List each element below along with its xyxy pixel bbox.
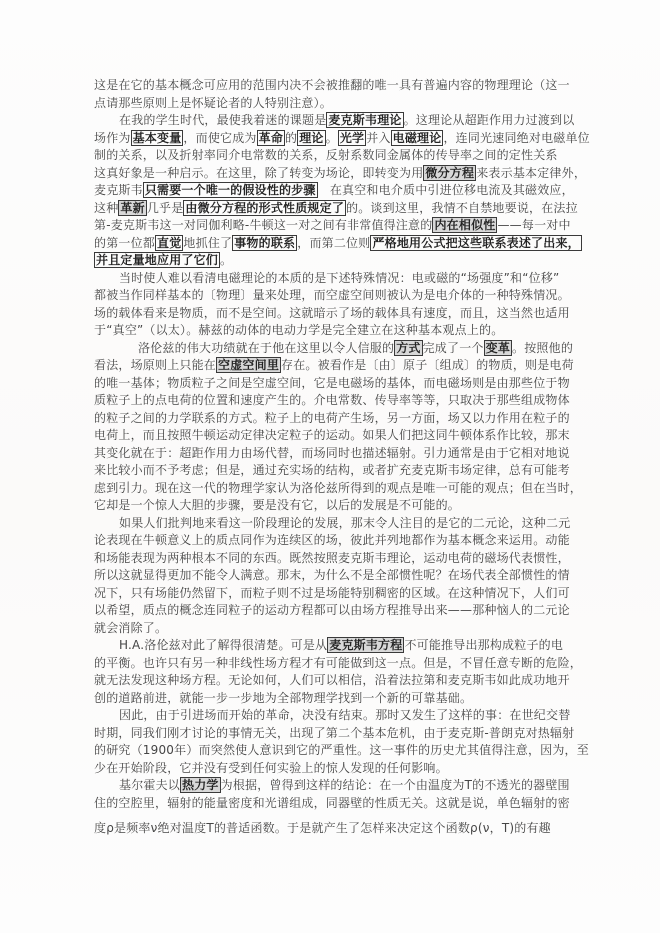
boxed-annotation: 方式 (394, 340, 422, 356)
text-line: 和场能表现为两种根本不同的东西。既然按照麦克斯韦理论，运动电荷的磁场代表惯性， (94, 550, 580, 568)
boxed-annotation: 事物的联系 (232, 235, 297, 251)
text-segment: 点请那些原则上是怀疑论者的人特别注意）。 (94, 96, 332, 110)
text-line: 麦克斯韦只需要一个唯一的假设性的步骤 在真空和电介质中引进位移电流及其磁效应， (94, 182, 580, 200)
text-line: 况下，只有场能仍然留下，而粒子则不过是场能特别稠密的区域。在这种情况下，人们可 (94, 585, 580, 603)
boxed-annotation: 光学 (338, 130, 366, 146)
text-segment: 创的道路前进，就能一步一步地为全部物理学找到一个新的可靠基础。 (94, 691, 472, 705)
text-line: 制的关系，以及折射率同介电常数的关系，反射系数同金属体的传导率之间的定性关系 (94, 147, 580, 165)
text-segment: 就会消除了。 (94, 621, 167, 635)
text-line: 它却是一个惊人大胆的步骤，要是没有它，以后的发展是不可能的。 (94, 497, 580, 515)
text-line: 因此，由于引进场而开始的革命，决没有结束。那时又发生了这样的事：在世纪交替 (94, 707, 580, 725)
text-line: 论表现在牛顿意义上的质点同作为连续区的场，彼此并列地都作为基本概念来运用。动能 (94, 532, 580, 550)
text-segment: 都被当作同样基本的〔物理〕量来处理，而空虚空间则被认为是电介体的一种特殊情况。 (94, 288, 570, 302)
text-segment: 质粒子上的点电荷的位置和速度产生的。介电常数、传导率等等，只取决于那些组成物体 (94, 393, 570, 407)
text-segment: 制的关系，以及折射率同介电常数的关系，反射系数同金属体的传导率之间的定性关系 (94, 148, 558, 162)
text-segment: 所以这就显得更加不能令人满意。那末，为什么不是全部惯性呢？在场代表全部惯性的情 (94, 568, 570, 582)
text-line: 场的载体看来是物质，而不是空间。这就暗示了场的载体具有速度，而且，这当然也适用 (94, 305, 580, 323)
text-line: 并且定量地应用了它们。 (94, 252, 580, 270)
text-line: 都被当作同样基本的〔物理〕量来处理，而空虚空间则被认为是电介体的一种特殊情况。 (94, 287, 580, 305)
text-segment: 。 (326, 131, 338, 145)
text-segment: 况下，只有场能仍然留下，而粒子则不过是场能特别稠密的区域。在这种情况下，人们可 (94, 586, 570, 600)
text-segment: 不可能推导出那构成粒子的电 (404, 638, 563, 652)
text-line: 这是在它的基本概念可应用的范围内决不会被推翻的唯一具有普遍内容的物理理论（这一 (94, 77, 580, 95)
text-line: 创的道路前进，就能一步一步地为全部物理学找到一个新的可靠基础。 (94, 690, 580, 708)
text-segment: 和场能表现为两种根本不同的东西。既然按照麦克斯韦理论，运动电荷的磁场代表惯性， (94, 551, 570, 565)
text-segment: 。这理论从超距作用力过渡到以 (404, 113, 575, 127)
text-line: 的第一位都直觉地抓住了事物的联系，而第二位则严格地用公式把这些联系表述了出来， (94, 235, 580, 253)
boxed-annotation: 热力学 (180, 777, 221, 793)
text-segment: 场的载体看来是物质，而不是空间。这就暗示了场的载体具有速度，而且，这当然也适用 (94, 306, 570, 320)
text-segment: 这是在它的基本概念可应用的范围内决不会被推翻的唯一具有普遍内容的物理理论（这一 (94, 78, 570, 92)
text-segment: 的平衡。也许只有另一种非线性场方程才有可能做到这一点。但是，不冒任意专断的危险， (94, 656, 582, 670)
text-line: 的唯一基体；物质粒子之间是空虚空间，它是电磁场的基体，而电磁场则是由那些位于物 (94, 375, 580, 393)
text-line: 以希望，质点的概念连同粒子的运动方程都可以由场方程推导出来——那种恼人的二元论 (94, 602, 580, 620)
text-segment: 存在。被看作是〔由〕原子〔组成〕的物质，则是电荷 (281, 358, 574, 372)
text-segment: 第-麦克斯韦这一对同伽利略-牛顿这一对之间有非常值得注意的 (94, 218, 432, 232)
boxed-annotation: 电磁理论 (391, 130, 444, 146)
text-segment: 的第一位都 (94, 236, 155, 250)
text-line: 的平衡。也许只有另一种非线性场方程才有可能做到这一点。但是，不冒任意专断的危险， (94, 655, 580, 673)
text-line: 场作为基本变量，而使它成为革命的理论。光学并入电磁理论，连同光速同绝对电磁单位 (94, 130, 580, 148)
boxed-annotation: 由微分方程的形式性质规定了 (183, 200, 346, 216)
text-segment: 它却是一个惊人大胆的步骤，要是没有它，以后的发展是不可能的。 (94, 498, 460, 512)
text-segment: 并入 (366, 131, 390, 145)
boxed-annotation: 只需要一个唯一的假设性的步骤 (143, 182, 318, 198)
text-line: 这真好象是一种启示。在这里，除了转变为场论，即转变为用微分方程来表示基本定律外， (94, 165, 580, 183)
text-segment: 。 (220, 253, 232, 267)
text-segment: 完成了一个 (423, 341, 484, 355)
boxed-annotation: 麦克斯韦理论 (326, 112, 403, 128)
text-segment: 的 (285, 131, 297, 145)
text-segment: 度ρ是频率ν绝对温度T的普适函数。于是就产生了怎样来决定这个函数ρ(ν，T)的有… (94, 821, 551, 835)
text-line: 来比较小而不予考虑；但是，通过充实场的结构，或者扩充麦克斯韦场定律，总有可能考 (94, 462, 580, 480)
text-segment: 虑到引力。现在这一代的物理学家认为洛伦兹所得到的观点是唯一可能的观点；但在当时， (94, 481, 582, 495)
text-segment: 就无法发现这种场方程。无论如何，人们可以相信，沿着法拉第和麦克斯韦如此成功地开 (94, 673, 570, 687)
scanned-page: 这是在它的基本概念可应用的范围内决不会被推翻的唯一具有普遍内容的物理理论（这一点… (0, 0, 660, 933)
boxed-annotation: 革命 (257, 130, 285, 146)
text-line: 少在开始阶段，它并没有受到任何实验上的惊人发现的任何影响。 (94, 760, 580, 778)
text-segment: 的粒子之间的力学联系的方式。粒子上的电荷产生场，另一方面，场又以力作用在粒子的 (94, 411, 570, 425)
text-segment: 这真好象是一种启示。在这里，除了转变为场论，即转变为用 (94, 166, 423, 180)
text-segment: ，而第二位则 (297, 236, 370, 250)
boxed-annotation: 革新 (118, 200, 146, 216)
text-segment: H.A.洛伦兹对此了解得很清楚。可是从 (119, 638, 327, 652)
text-segment: 时期，同我们刚才讨论的事情无关，出现了第二个基本危机，由于麦克斯-普朗克对热辐射 (94, 726, 574, 740)
text-segment: 来比较小而不予考虑；但是，通过充实场的结构，或者扩充麦克斯韦场定律，总有可能考 (94, 463, 570, 477)
text-line: 洛伦兹的伟大功绩就在于他在这里以令人信服的方式完成了一个变革。按照他的 (94, 340, 580, 358)
text-segment: 几乎是 (147, 201, 184, 215)
text-segment: 洛伦兹的伟大功绩就在于他在这里以令人信服的 (138, 341, 394, 355)
text-line: 的粒子之间的力学联系的方式。粒子上的电荷产生场，另一方面，场又以力作用在粒子的 (94, 410, 580, 428)
text-line: 第-麦克斯韦这一对同伽利略-牛顿这一对之间有非常值得注意的内在相似性——每一对中 (94, 217, 580, 235)
text-segment: 当时使人难以看清电磁理论的本质的是下述特殊情况：电或磁的“场强度”和“位移” (119, 271, 559, 285)
text-segment: 的唯一基体；物质粒子之间是空虚空间，它是电磁场的基体，而电磁场则是由那些位于物 (94, 376, 570, 390)
text-segment: 电荷上，而且按照牛顿运动定律决定粒子的运动。如果人们把这同牛顿体系作比较，那末 (94, 428, 570, 442)
boxed-annotation: 基本变量 (131, 130, 184, 146)
text-line: 这种革新几乎是由微分方程的形式性质规定了的。谈到这里，我情不自禁地要说，在法拉 (94, 200, 580, 218)
boxed-annotation: 理论 (297, 130, 325, 146)
text-segment: ——每一对中 (497, 218, 570, 232)
text-line: 的研究（1900年）而突然使人意识到它的严重性。这一事件的历史尤其值得注意，因为… (94, 742, 580, 760)
text-line: 看法，场原则上只能在空虚空间里存在。被看作是〔由〕原子〔组成〕的物质，则是电荷 (94, 357, 580, 375)
text-line: 度ρ是频率ν绝对温度T的普适函数。于是就产生了怎样来决定这个函数ρ(ν，T)的有… (94, 820, 580, 838)
text-segment: 麦克斯韦 (94, 183, 143, 197)
text-line: 点请那些原则上是怀疑论者的人特别注意）。 (94, 95, 580, 113)
text-line: 其变化就在于：超距作用力由场代替，而场同时也描述辐射。引力通常是由于它相对地说 (94, 445, 580, 463)
text-segment: 看法，场原则上只能在 (94, 358, 216, 372)
text-segment: ，而使它成为 (183, 131, 256, 145)
text-line: 住的空腔里，辐射的能量密度和光谱组成，同器壁的性质无关。这就是说，单色辐射的密 (94, 795, 580, 813)
boxed-annotation: 内在相似性 (432, 217, 497, 233)
text-line: 如果人们批判地来看这一阶段理论的发展，那末令人注目的是它的二元论，这种二元 (94, 515, 580, 533)
text-line: 所以这就显得更加不能令人满意。那末，为什么不是全部惯性呢？在场代表全部惯性的情 (94, 567, 580, 585)
boxed-annotation: 微分方程 (423, 165, 476, 181)
text-segment: 于“真空”（以太）。赫兹的动体的电动力学是完全建立在这种基本观点上的。 (94, 323, 503, 337)
boxed-annotation: 麦克斯韦方程 (327, 637, 404, 653)
boxed-annotation: 直觉 (155, 235, 183, 251)
text-segment: 的。谈到这里，我情不自禁地要说，在法拉 (346, 201, 578, 215)
text-segment: 论表现在牛顿意义上的质点同作为连续区的场，彼此并列地都作为基本概念来运用。动能 (94, 533, 570, 547)
text-segment: 以希望，质点的概念连同粒子的运动方程都可以由场方程推导出来——那种恼人的二元论 (94, 603, 570, 617)
text-segment: 地抓住了 (183, 236, 232, 250)
text-line: 质粒子上的点电荷的位置和速度产生的。介电常数、传导率等等，只取决于那些组成物体 (94, 392, 580, 410)
text-segment: 。按照他的 (512, 341, 573, 355)
document-text: 这是在它的基本概念可应用的范围内决不会被推翻的唯一具有普遍内容的物理理论（这一点… (94, 77, 580, 838)
boxed-annotation: 严格地用公式把这些联系表述了出来， (370, 235, 581, 251)
text-segment: 在我的学生时代，最使我着迷的课题是 (119, 113, 326, 127)
text-segment: 因此，由于引进场而开始的革命，决没有结束。那时又发生了这样的事：在世纪交替 (119, 708, 570, 722)
text-segment: 少在开始阶段，它并没有受到任何实验上的惊人发现的任何影响。 (94, 761, 448, 775)
text-segment: 场作为 (94, 131, 131, 145)
boxed-annotation: 变革 (484, 340, 512, 356)
text-line: 电荷上，而且按照牛顿运动定律决定粒子的运动。如果人们把这同牛顿体系作比较，那末 (94, 427, 580, 445)
boxed-annotation: 空虚空间里 (216, 357, 281, 373)
text-line: 就无法发现这种场方程。无论如何，人们可以相信，沿着法拉第和麦克斯韦如此成功地开 (94, 672, 580, 690)
text-segment: 住的空腔里，辐射的能量密度和光谱组成，同器壁的性质无关。这就是说，单色辐射的密 (94, 796, 570, 810)
text-segment: 这种 (94, 201, 118, 215)
text-segment: 其变化就在于：超距作用力由场代替，而场同时也描述辐射。引力通常是由于它相对地说 (94, 446, 570, 460)
text-line: 在我的学生时代，最使我着迷的课题是麦克斯韦理论。这理论从超距作用力过渡到以 (94, 112, 580, 130)
text-line: 基尔霍夫以热力学为根据，曾得到这样的结论：在一个由温度为T的不透光的器壁围 (94, 777, 580, 795)
text-line: 于“真空”（以太）。赫兹的动体的电动力学是完全建立在这种基本观点上的。 (94, 322, 580, 340)
text-segment: 来表示基本定律外， (476, 166, 586, 180)
text-line: 时期，同我们刚才讨论的事情无关，出现了第二个基本危机，由于麦克斯-普朗克对热辐射 (94, 725, 580, 743)
text-segment: 如果人们批判地来看这一阶段理论的发展，那末令人注目的是它的二元论，这种二元 (119, 516, 570, 530)
text-segment: ，连同光速同绝对电磁单位 (443, 131, 589, 145)
text-line: 就会消除了。 (94, 620, 580, 638)
text-line: 当时使人难以看清电磁理论的本质的是下述特殊情况：电或磁的“场强度”和“位移” (94, 270, 580, 288)
boxed-annotation: 并且定量地应用了它们 (94, 252, 220, 268)
text-segment: 在真空和电介质中引进位移电流及其磁效应， (318, 183, 574, 197)
text-segment: 为根据，曾得到这样的结论：在一个由温度为T的不透光的器壁围 (221, 778, 570, 792)
text-line: H.A.洛伦兹对此了解得很清楚。可是从麦克斯韦方程不可能推导出那构成粒子的电 (94, 637, 580, 655)
text-line: 虑到引力。现在这一代的物理学家认为洛伦兹所得到的观点是唯一可能的观点；但在当时， (94, 480, 580, 498)
text-segment: 的研究（1900年）而突然使人意识到它的严重性。这一事件的历史尤其值得注意，因为… (94, 743, 589, 757)
text-segment: 基尔霍夫以 (119, 778, 180, 792)
